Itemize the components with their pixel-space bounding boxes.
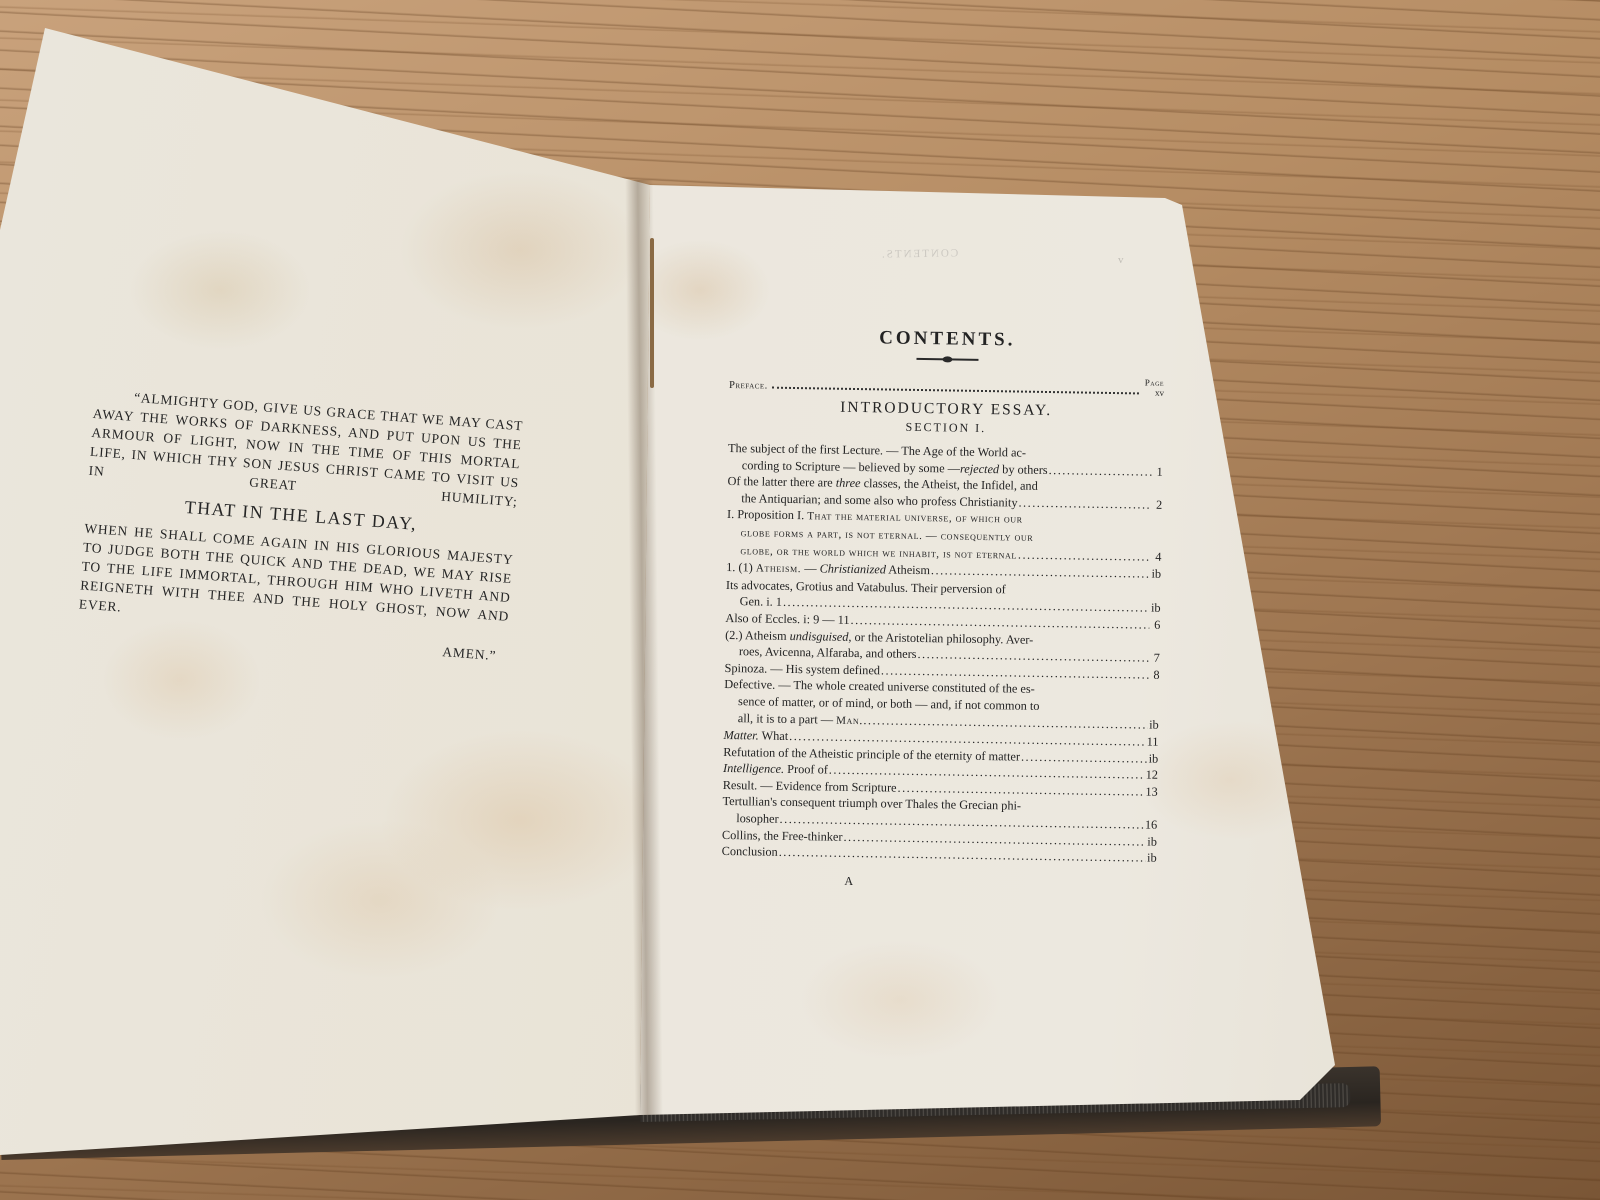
preface-page: Page xv [1145, 378, 1165, 398]
toc-page-number: ib [1149, 716, 1159, 733]
toc-entry-text: Also of Eccles. i: 9 — 11 [725, 610, 849, 629]
toc-page-number: 13 [1145, 783, 1158, 800]
toc-page-number: ib [1147, 850, 1157, 867]
dot-leader [772, 387, 1139, 395]
toc-page-number: 7 [1150, 650, 1160, 667]
spine-binding-thread [650, 238, 654, 388]
toc-entry-text: Intelligence. Proof of [723, 760, 828, 778]
ornamental-rule-icon [916, 358, 978, 361]
toc-entry-text: losopher [736, 810, 779, 827]
toc-entry-text: Conclusion [722, 843, 778, 860]
dot-leader [1018, 494, 1151, 513]
toc-entries-list: The subject of the first Lecture. — The … [722, 440, 1164, 867]
toc-page-number: 11 [1147, 734, 1159, 751]
toc-page-number: 12 [1146, 767, 1159, 784]
toc-page-number: ib [1148, 750, 1158, 767]
toc-page-number: ib [1151, 566, 1161, 583]
page-column-label: Page [1145, 378, 1164, 388]
dot-leader [1018, 546, 1151, 565]
toc-entry-text: all, it is to a part — Man. [738, 710, 863, 730]
toc-page-number: 16 [1145, 817, 1158, 834]
dot-leader [1049, 462, 1152, 480]
toc-page-number: 8 [1149, 666, 1159, 683]
toc-entry-preface: Preface. Page xv [729, 371, 1164, 398]
bleed-through-running-header: CONTENTS. [880, 247, 958, 260]
preface-label: Preface. [729, 380, 768, 392]
toc-page-number: 2 [1152, 496, 1162, 513]
toc-page-number: ib [1147, 833, 1157, 850]
toc-entry-text: Gen. i. 1 [740, 594, 783, 611]
toc-entry: Defective. — The whole created universe … [724, 676, 1160, 734]
toc-entry: I. Proposition I. That the material univ… [726, 506, 1162, 566]
dot-leader [931, 562, 1150, 582]
toc-page-number: 6 [1150, 617, 1160, 634]
dot-leader [1021, 748, 1147, 767]
toc-page-number: ib [1150, 600, 1160, 617]
table-of-contents: CONTENTS. Preface. Page xv INTRODUCTORY … [721, 325, 1165, 894]
bleed-through-page-number: v [1118, 254, 1124, 266]
toc-page-number: 1 [1153, 463, 1163, 480]
preface-page-number: xv [1155, 388, 1164, 398]
toc-page-number: 4 [1151, 548, 1161, 565]
toc-entry-text: Collins, the Free-thinker [722, 827, 843, 845]
collect-prayer: “ALMIGHTY GOD, GIVE US GRACE THAT WE MAY… [77, 385, 524, 665]
toc-entry-text: Matter. What [723, 727, 788, 745]
